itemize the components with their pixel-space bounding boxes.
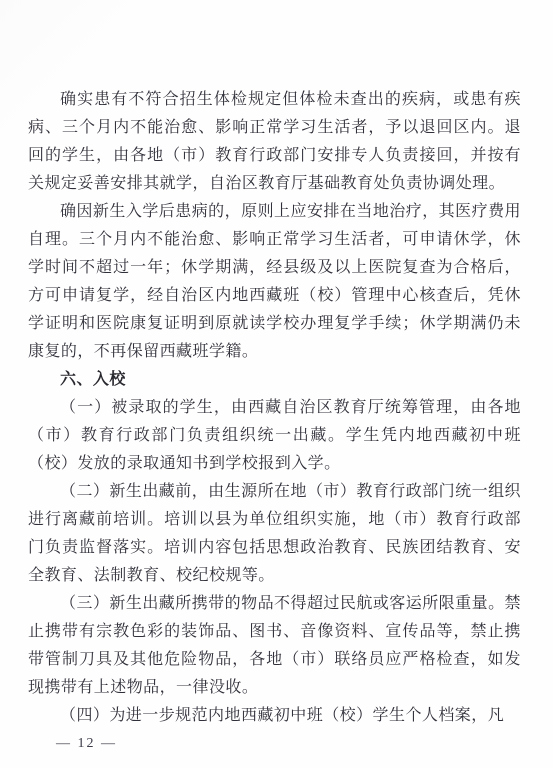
- paragraph-item-1-admission-management: （一）被录取的学生，由西藏自治区教育厅统筹管理，由各地（市）教育行政部门负责组织…: [28, 394, 521, 478]
- paragraph-item-3-luggage-rules: （三）新生出藏所携带的物品不得超过民航或客运所限重量。禁止携带有宗教色彩的装饰品…: [28, 590, 521, 702]
- page-number: — 12 —: [56, 736, 117, 752]
- document-page: 确实患有不符合招生体检规定但体检未查出的疾病，或患有疾病、三个月内不能治愈、影响…: [0, 0, 553, 768]
- section-heading-entering-school: 六、入校: [28, 366, 521, 394]
- paragraph-illness-after-enrollment: 确因新生入学后患病的，原则上应安排在当地治疗，其医疗费用自理。三个月内不能治愈、…: [28, 198, 521, 366]
- document-text-block: 确实患有不符合招生体检规定但体检未查出的疾病，或患有疾病、三个月内不能治愈、影响…: [28, 86, 521, 730]
- paragraph-item-4-student-archives: （四）为进一步规范内地西藏初中班（校）学生个人档案，凡: [28, 702, 521, 730]
- paragraph-illness-return-policy: 确实患有不符合招生体检规定但体检未查出的疾病，或患有疾病、三个月内不能治愈、影响…: [28, 86, 521, 198]
- paragraph-item-2-pre-departure-training: （二）新生出藏前，由生源所在地（市）教育行政部门统一组织进行离藏前培训。培训以县…: [28, 478, 521, 590]
